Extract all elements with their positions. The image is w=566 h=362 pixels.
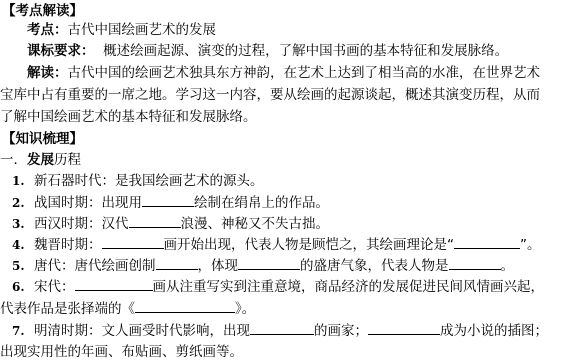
item-text: ，体现 [198,258,239,274]
jiedu-label: 解读： [27,65,68,81]
kaodian-text: 古代中国绘画艺术的发展 [68,22,217,38]
section-heading-zhishi-shuli: 【知识梳理】 [2,128,83,150]
list-item-6: 6.宋代：画从注重写实到注重意境，商品经济的发展促进民间风情画兴起， [12,276,544,298]
jiedu-line-2: 宝库中占有重要的一席之地。学习这一内容，要从绘画的起源谈起，概述其演变历程，从而 [0,84,540,106]
list-item-7-cont: 出现实用性的年画、布贴画、剪纸画等。 [0,341,243,362]
subheading-fazhan-licheng: 一．发展历程 [0,149,81,171]
list-item-4: 4.魏晋时期：画开始出现，代表人物是顾恺之，其绘画理论是“”。 [12,234,541,256]
item-text: 战国时期：出现用 [34,195,142,211]
list-item-6-cont: 代表作品是张择端的《》。 [0,298,255,320]
jiedu-line-3: 了解中国绘画艺术的基本特征和发展脉络。 [0,106,257,128]
fill-blank[interactable] [156,255,198,270]
fill-blank[interactable] [142,192,194,207]
kaodian-line: 考点：古代中国绘画艺术的发展 [27,19,216,41]
fill-blank[interactable] [135,298,235,313]
item-text: 》。 [235,301,255,317]
fill-blank[interactable] [454,234,520,249]
item-text: 代表作品是张择端的《 [0,301,135,317]
item-text: 的盛唐气象，代表人物是 [300,258,449,274]
fill-blank[interactable] [102,234,164,249]
list-item-7: 7.明清时期：文人画受时代影响，出现的画家；成为小说的插图； [12,320,548,342]
list-item-3: 3.西汉时期：汉代浪漫、神秘又不失古拙。 [12,213,329,235]
list-item-5: 5.唐代：唐代绘画创制，体现的盛唐气象，代表人物是。 [12,255,514,277]
fill-blank[interactable] [129,213,181,228]
item-text: 西汉时期：汉代 [34,216,129,232]
fill-blank[interactable] [368,320,440,335]
item-text: 浪漫、神秘又不失古拙。 [181,216,330,232]
item-text: 唐代：唐代绘画创制 [34,258,156,274]
item-number: 1. [12,170,34,192]
item-text: 画从注重写实到注重意境，商品经济的发展促进民间风情画兴起， [153,279,545,295]
item-text: 画开始出现，代表人物是顾恺之，其绘画理论是“ [164,237,455,253]
item-text: 明清时期：文人画受时代影响，出现 [34,323,250,339]
item-number: 2. [12,192,34,214]
item-text: 新石器时代：是我国绘画艺术的源头。 [34,173,264,189]
fill-blank[interactable] [250,320,314,335]
biaozhun-text: 概述绘画起源、演变的过程，了解中国书画的基本特征和发展脉络。 [103,43,508,59]
item-text: 魏晋时期： [34,237,102,253]
item-text: 的画家； [314,323,368,339]
item-text: 绘制在绢帛上的作品。 [194,195,329,211]
item-number: 3. [12,213,34,235]
item-number: 7. [12,320,34,342]
subheading-prefix: 一． [0,152,27,168]
item-text: 宋代： [34,279,75,295]
biaozhun-label: 课标要求： [27,43,95,59]
item-text: ”。 [520,237,541,253]
kaodian-label: 考点： [27,22,68,38]
list-item-2: 2.战国时期：出现用绘制在绢帛上的作品。 [12,192,329,214]
fill-blank[interactable] [238,255,300,270]
kecheng-biaozhun-line: 课标要求： 概述绘画起源、演变的过程，了解中国书画的基本特征和发展脉络。 [27,40,508,62]
subheading-bold: 发展 [27,152,54,168]
jiedu-text-1: 古代中国的绘画艺术独具东方神韵，在艺术上达到了相当高的水准，在世界艺术 [68,65,541,81]
fill-blank[interactable] [449,255,501,270]
list-item-1: 1.新石器时代：是我国绘画艺术的源头。 [12,170,264,192]
item-number: 5. [12,255,34,277]
jiedu-line-1: 解读：古代中国的绘画艺术独具东方神韵，在艺术上达到了相当高的水准，在世界艺术 [27,62,540,84]
subheading-rest: 历程 [54,152,81,168]
item-number: 6. [12,276,34,298]
item-text: 成为小说的插图； [440,323,548,339]
item-number: 4. [12,234,34,256]
item-text: 。 [501,258,515,274]
fill-blank[interactable] [75,276,153,291]
